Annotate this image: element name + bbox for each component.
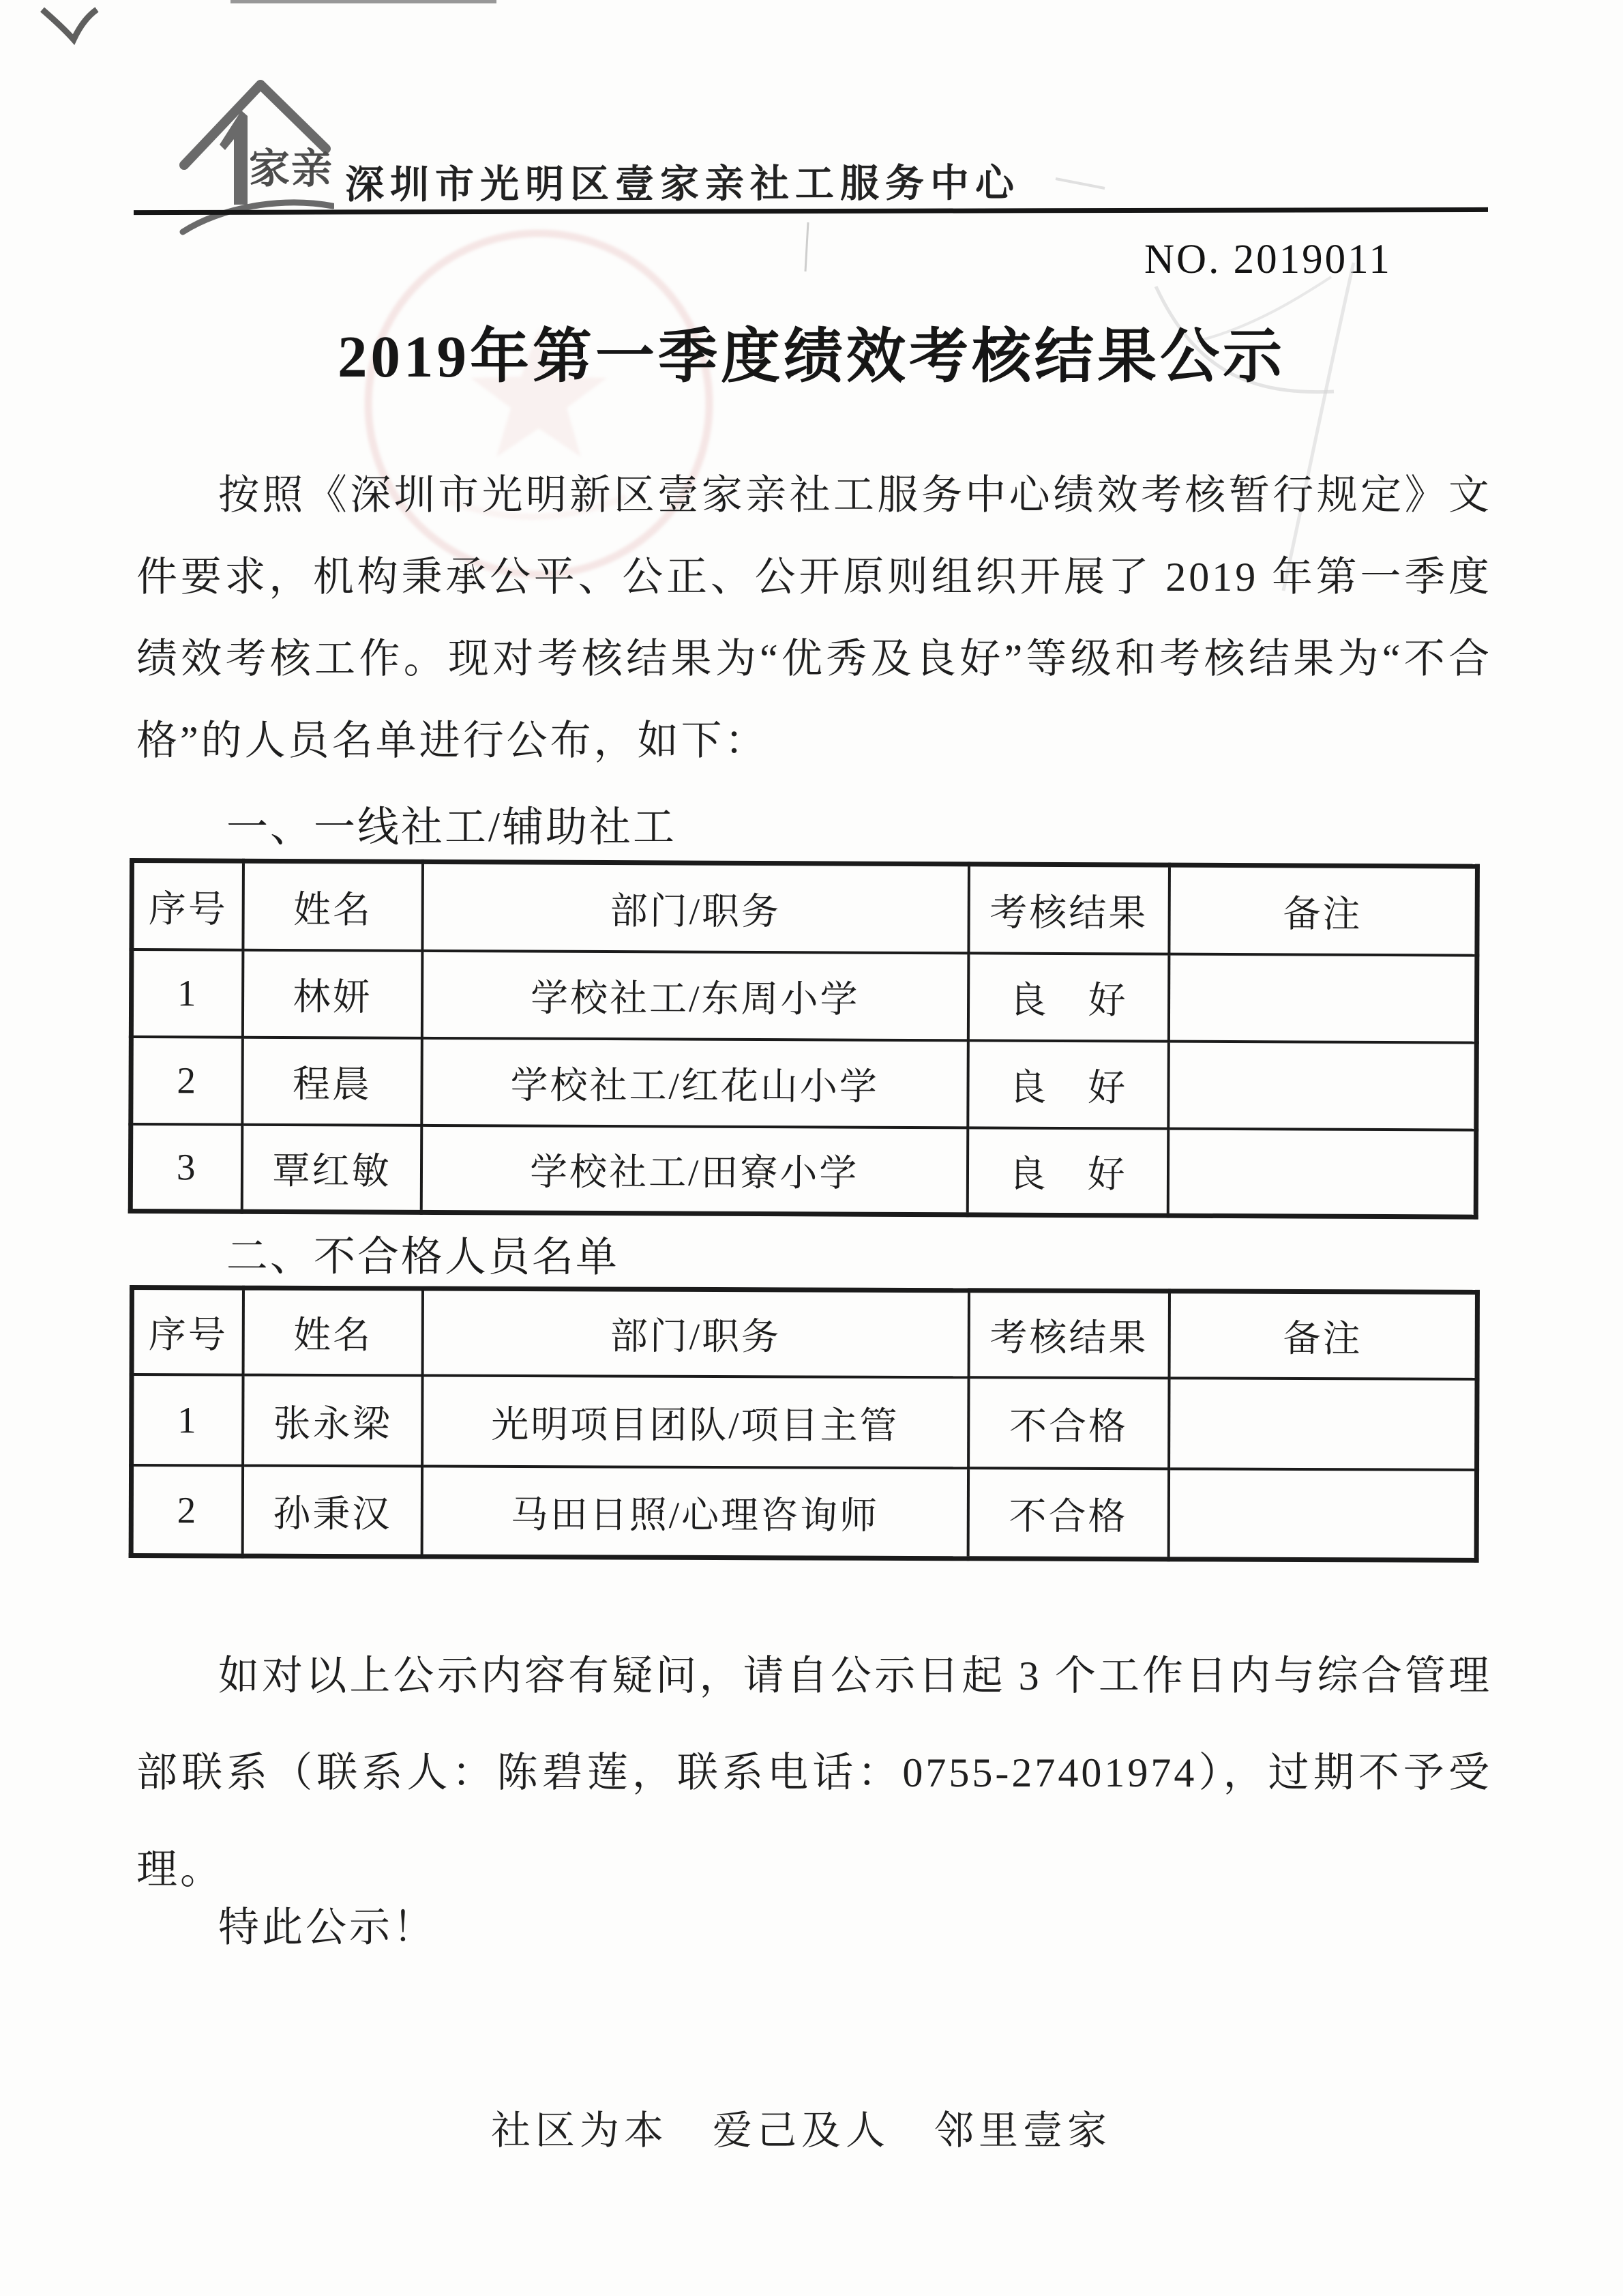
cell-index: 2 bbox=[131, 1465, 243, 1557]
cell-index: 2 bbox=[131, 1037, 243, 1125]
cell-result: 不合格 bbox=[968, 1468, 1168, 1559]
org-name: 深圳市光明区壹家亲社工服务中心 bbox=[345, 152, 1020, 210]
cell-name: 覃红敏 bbox=[242, 1124, 421, 1212]
section2-heading: 二、不合格人员名单 bbox=[226, 1223, 619, 1284]
table-row: 1 林妍 学校社工/东周小学 良 好 bbox=[131, 950, 1477, 1043]
cell-remark bbox=[1167, 1128, 1476, 1217]
cell-remark bbox=[1169, 954, 1477, 1042]
cell-remark bbox=[1169, 1378, 1477, 1470]
cell-result: 不合格 bbox=[968, 1377, 1169, 1469]
table-row: 3 覃红敏 学校社工/田寮小学 良 好 bbox=[130, 1124, 1476, 1218]
col-header-remark: 备注 bbox=[1169, 865, 1477, 955]
cell-dept: 光明项目团队/项目主管 bbox=[422, 1375, 968, 1468]
cell-dept: 学校社工/东周小学 bbox=[422, 950, 969, 1040]
table-header-row: 序号 姓名 部门/职务 考核结果 备注 bbox=[132, 1288, 1477, 1379]
header-divider bbox=[134, 207, 1488, 215]
cell-name: 张永梁 bbox=[243, 1374, 422, 1466]
cell-index: 1 bbox=[132, 1374, 243, 1466]
document-number: NO. 2019011 bbox=[1144, 236, 1392, 284]
svg-text:家亲: 家亲 bbox=[249, 147, 333, 192]
col-header-index: 序号 bbox=[132, 861, 243, 950]
cell-name: 孙秉汉 bbox=[243, 1465, 422, 1557]
closing-paragraph: 如对以上公示内容有疑问，请自公示日起 3 个工作日内与综合管理部联系（联系人：陈… bbox=[136, 1628, 1492, 1918]
table-row: 1 张永梁 光明项目团队/项目主管 不合格 bbox=[132, 1374, 1477, 1470]
cell-remark bbox=[1168, 1469, 1476, 1561]
table-row: 2 程晨 学校社工/红花山小学 良 好 bbox=[131, 1037, 1477, 1130]
cell-result: 良 好 bbox=[968, 1040, 1169, 1128]
col-header-remark: 备注 bbox=[1169, 1291, 1477, 1379]
cell-result: 良 好 bbox=[967, 1128, 1168, 1216]
section1-heading: 一、一线社工/辅助社工 bbox=[226, 794, 676, 853]
col-header-dept: 部门/职务 bbox=[422, 862, 969, 952]
cell-dept: 马田日照/心理咨询师 bbox=[421, 1466, 968, 1559]
table-failed-results: 序号 姓名 部门/职务 考核结果 备注 1 张永梁 光明项目团队/项目主管 不合… bbox=[129, 1285, 1480, 1563]
cell-dept: 学校社工/田寮小学 bbox=[421, 1125, 968, 1214]
cell-remark bbox=[1168, 1041, 1476, 1130]
col-header-result: 考核结果 bbox=[968, 1291, 1169, 1378]
col-header-result: 考核结果 bbox=[968, 864, 1170, 954]
table-row: 2 孙秉汉 马田日照/心理咨询师 不合格 bbox=[131, 1465, 1476, 1561]
cell-index: 1 bbox=[131, 950, 243, 1037]
page-title: 2019年第一季度绩效考核结果公示 bbox=[0, 308, 1623, 394]
footer-motto: 社区为本 爱己及人 邻里壹家 bbox=[0, 2098, 1603, 2155]
cell-name: 程晨 bbox=[243, 1037, 422, 1125]
col-header-name: 姓名 bbox=[243, 861, 423, 950]
scanned-announcement-page: 家亲 深圳市光明区壹家亲社工服务中心 NO. 2019011 2019年第一季度… bbox=[0, 0, 1623, 2296]
cell-index: 3 bbox=[130, 1124, 242, 1212]
col-header-dept: 部门/职务 bbox=[422, 1289, 968, 1377]
cell-name: 林妍 bbox=[243, 950, 422, 1037]
intro-paragraph: 按照《深圳市光明新区壹家亲社工服务中心绩效考核暂行规定》文件要求，机构秉承公平、… bbox=[136, 454, 1492, 782]
col-header-name: 姓名 bbox=[243, 1288, 423, 1375]
table-good-results: 序号 姓名 部门/职务 考核结果 备注 1 林妍 学校社工/东周小学 良 好 2… bbox=[128, 858, 1480, 1220]
table-header-row: 序号 姓名 部门/职务 考核结果 备注 bbox=[132, 861, 1478, 956]
cell-dept: 学校社工/红花山小学 bbox=[421, 1037, 968, 1127]
col-header-index: 序号 bbox=[132, 1288, 243, 1375]
cell-result: 良 好 bbox=[968, 953, 1170, 1041]
